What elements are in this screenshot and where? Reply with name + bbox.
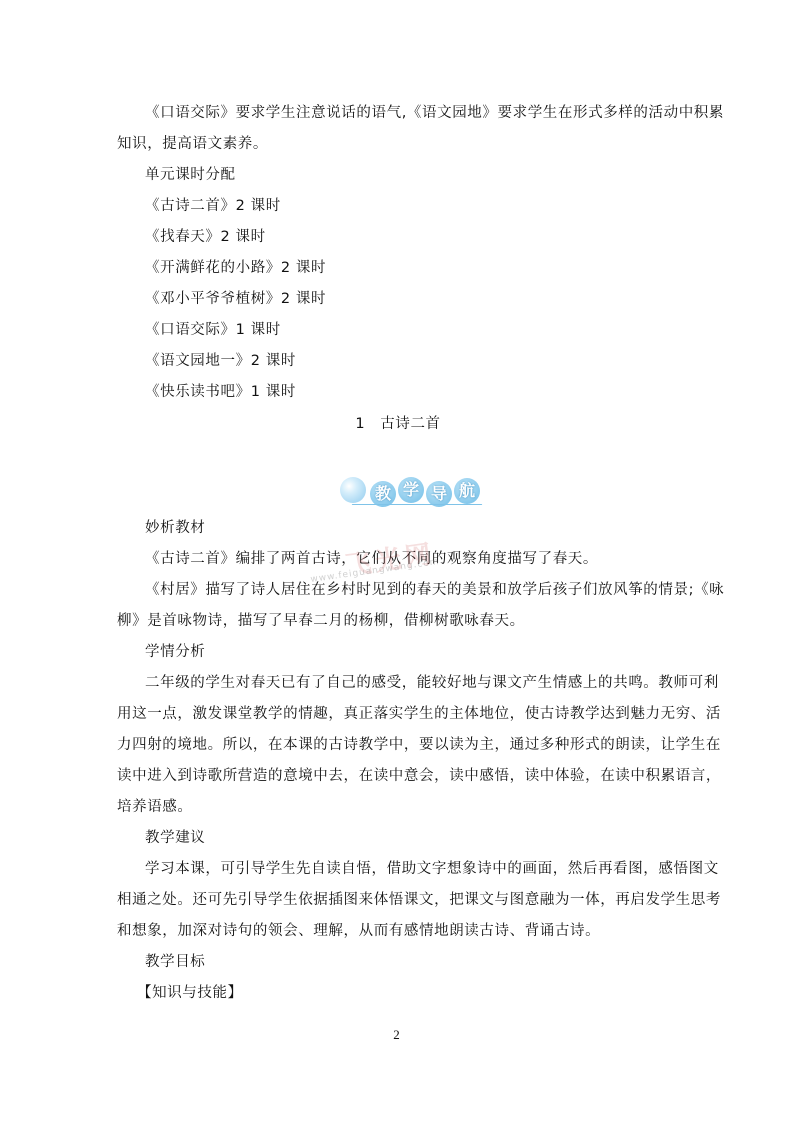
banner-char: 航 [454, 478, 480, 504]
banner-char: 学 [398, 477, 424, 503]
teaching-guide-banner: 教 学 导 航 [340, 475, 490, 511]
students-line: 二年级的学生对春天已有了自己的感受，能较好地与课文产生情感上的共鸣。教师可利 [145, 673, 719, 693]
suggestions-line: 和想象，加深对诗句的领会、理解，从而有感情地朗读古诗、背诵古诗。 [117, 921, 600, 941]
schedule-item: 《找春天》2 课时 [145, 227, 266, 247]
intro-line-2: 知识，提高语文素养。 [117, 134, 268, 154]
schedule-item: 《邓小平爷爷植树》2 课时 [145, 289, 326, 309]
intro-line-1: 《口语交际》要求学生注意说话的语气,《语文园地》要求学生在形式多样的活动中积累 [145, 103, 724, 123]
analysis-paragraph-2-line-1: 《村居》描写了诗人居住在乡村时见到的春天的美景和放学后孩子们放风筝的情景;《咏 [145, 580, 724, 600]
goals-subheading: 【知识与技能】 [137, 983, 243, 1003]
goals-heading: 教学目标 [145, 952, 205, 972]
schedule-item: 《古诗二首》2 课时 [145, 196, 281, 216]
students-line: 用这一点，激发课堂教学的情趣，真正落实学生的主体地位，使古诗教学达到魅力无穷、活 [117, 704, 721, 724]
students-line: 读中进入到诗歌所营造的意境中去，在读中意会，读中感悟，读中体验，在读中积累语言， [117, 766, 721, 786]
analysis-paragraph-2-line-2: 柳》是首咏物诗，描写了早春二月的杨柳，借柳树歌咏春天。 [117, 611, 525, 631]
schedule-heading: 单元课时分配 [145, 165, 236, 185]
students-line: 培养语感。 [117, 797, 193, 817]
schedule-item: 《语文园地一》2 课时 [145, 351, 296, 371]
banner-underline [352, 504, 483, 505]
lesson-title: 1 古诗二首 [117, 414, 679, 434]
students-heading: 学情分析 [145, 642, 205, 662]
schedule-item: 《快乐读书吧》1 课时 [145, 382, 296, 402]
students-line: 力四射的境地。所以，在本课的古诗教学中，要以读为主，通过多种形式的朗读，让学生在 [117, 735, 721, 755]
schedule-item: 《口语交际》1 课时 [145, 320, 281, 340]
suggestions-line: 相通之处。还可先引导学生依据插图来体悟课文，把课文与图意融为一体，再启发学生思考 [117, 890, 721, 910]
page-number: 2 [0, 1027, 793, 1043]
suggestions-heading: 教学建议 [145, 828, 205, 848]
bubble-decoration-icon [340, 477, 366, 503]
suggestions-line: 学习本课，可引导学生先自读自悟，借助文字想象诗中的画面，然后再看图，感悟图文 [145, 859, 719, 879]
analysis-heading: 妙析教材 [145, 518, 205, 538]
schedule-item: 《开满鲜花的小路》2 课时 [145, 258, 326, 278]
